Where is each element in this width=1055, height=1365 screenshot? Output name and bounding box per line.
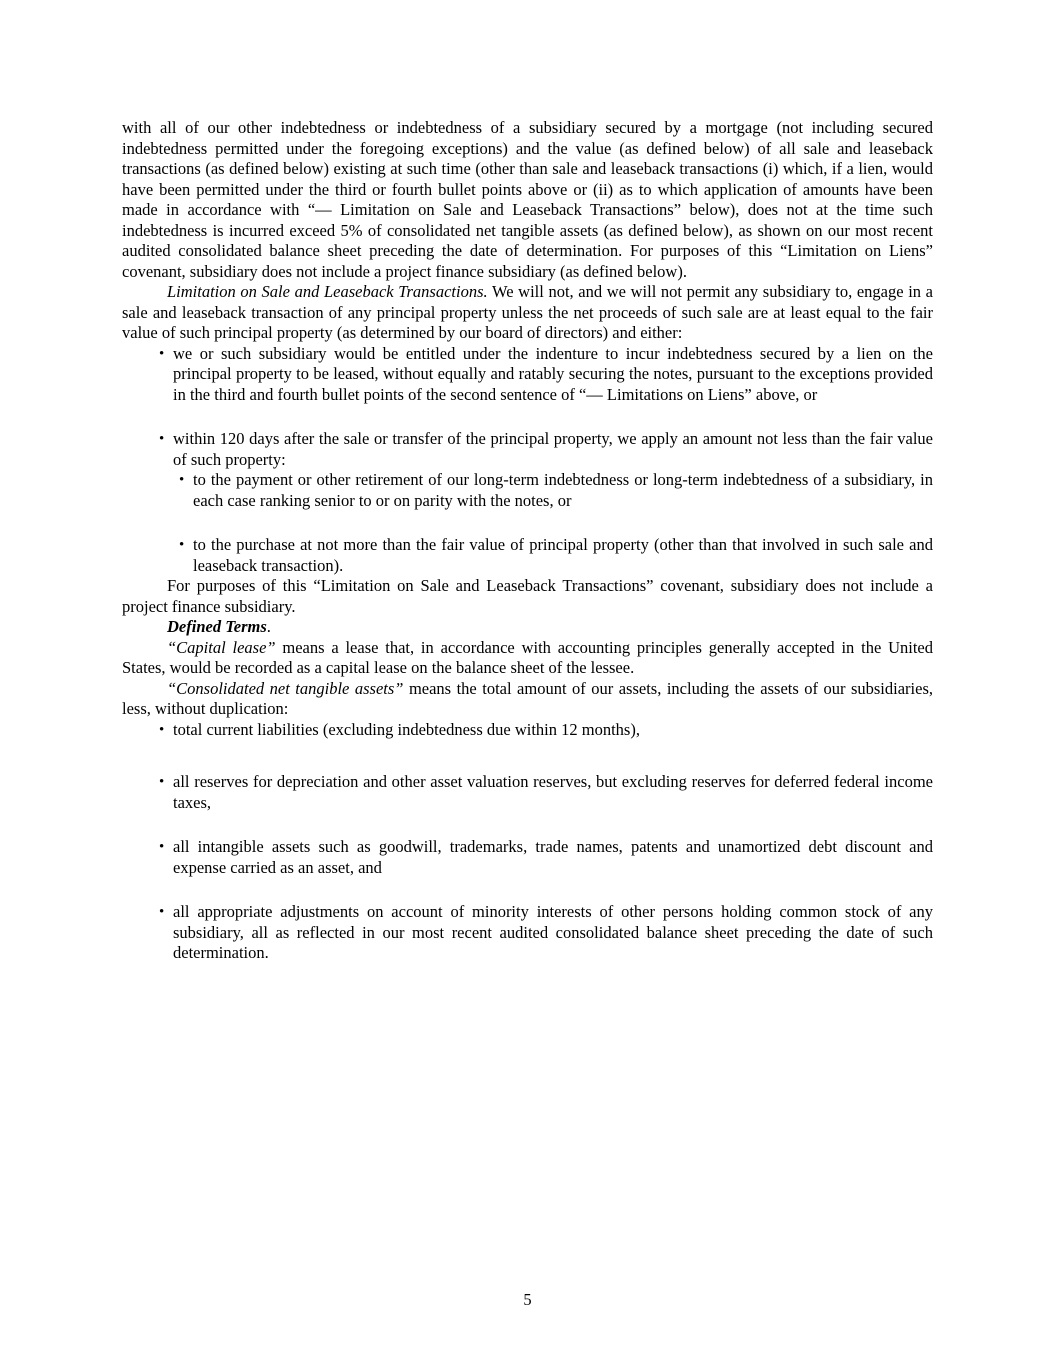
list-item: • we or such subsidiary would be entitle…	[122, 344, 933, 406]
heading-defined-terms: Defined Terms.	[122, 617, 933, 638]
list-item: • within 120 days after the sale or tran…	[122, 429, 933, 470]
bullet-icon: •	[159, 902, 173, 923]
bullet-icon: •	[159, 429, 173, 450]
bullet-icon: •	[179, 535, 193, 556]
defined-term-run: “Consolidated net tangible assets”	[167, 679, 403, 698]
bullet-icon: •	[179, 470, 193, 491]
paragraph-cnta-definition: “Consolidated net tangible assets” means…	[122, 679, 933, 720]
bullet-list-sale-leaseback: • we or such subsidiary would be entitle…	[122, 344, 933, 471]
list-item-text: total current liabilities (excluding ind…	[173, 720, 933, 741]
bullet-icon: •	[159, 772, 173, 793]
defined-terms-period-run: .	[267, 617, 271, 636]
paragraph-sale-leaseback-covenant: Limitation on Sale and Leaseback Transac…	[122, 282, 933, 344]
defined-term-run: “Capital lease”	[167, 638, 276, 657]
list-item-text: to the payment or other retirement of ou…	[193, 470, 933, 511]
list-item: • all intangible assets such as goodwill…	[122, 837, 933, 878]
bullet-icon: •	[159, 720, 173, 741]
list-item-text: we or such subsidiary would be entitled …	[173, 344, 933, 406]
list-item: • to the purchase at not more than the f…	[122, 535, 933, 576]
list-item-text: all reserves for depreciation and other …	[173, 772, 933, 813]
covenant-heading-run: Limitation on Sale and Leaseback Transac…	[167, 282, 488, 301]
list-item: • to the payment or other retirement of …	[122, 470, 933, 511]
paragraph-liens-continuation: with all of our other indebtedness or in…	[122, 118, 933, 282]
document-body: with all of our other indebtedness or in…	[122, 118, 933, 964]
bullet-icon: •	[159, 837, 173, 858]
list-item-text: to the purchase at not more than the fai…	[193, 535, 933, 576]
list-item-text: within 120 days after the sale or transf…	[173, 429, 933, 470]
paragraph-capital-lease-definition: “Capital lease” means a lease that, in a…	[122, 638, 933, 679]
list-item: • all appropriate adjustments on account…	[122, 902, 933, 964]
list-item: • all reserves for depreciation and othe…	[122, 772, 933, 813]
list-item-text: all appropriate adjustments on account o…	[173, 902, 933, 964]
defined-terms-heading-run: Defined Terms	[167, 617, 267, 636]
list-item-text: all intangible assets such as goodwill, …	[173, 837, 933, 878]
list-item: • total current liabilities (excluding i…	[122, 720, 933, 741]
paragraph-for-purposes: For purposes of this “Limitation on Sale…	[122, 576, 933, 617]
bullet-icon: •	[159, 344, 173, 365]
bullet-sublist-application-of-amounts: • to the payment or other retirement of …	[122, 470, 933, 576]
document-page: with all of our other indebtedness or in…	[0, 0, 1055, 1365]
page-number: 5	[0, 1290, 1055, 1311]
bullet-list-cnta-deductions: • total current liabilities (excluding i…	[122, 720, 933, 964]
